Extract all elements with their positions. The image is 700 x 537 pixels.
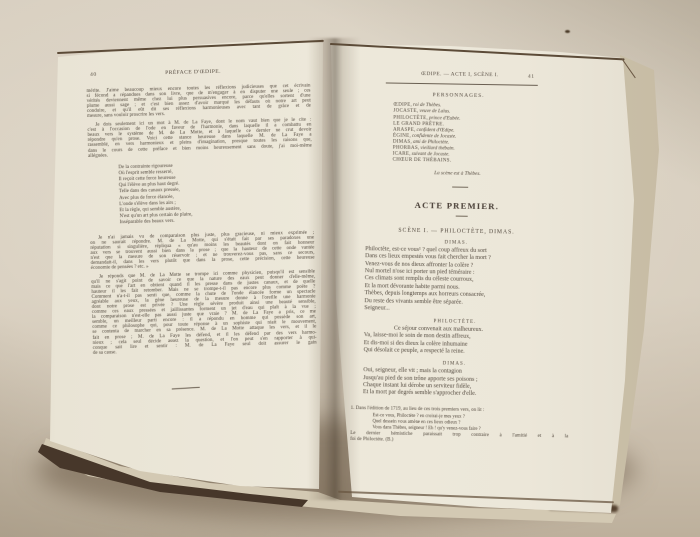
cast-member-name: CHŒUR DE THÉBAINS. — [393, 158, 452, 164]
quoted-stanza-la-faye: De la contrainte rigoureuseOù l'esprit s… — [118, 160, 313, 227]
cast-member-description: , suivant de Jocaste. — [409, 152, 449, 158]
scene-location-note: La scène est à Thèbes. — [354, 169, 594, 179]
personnages-heading: PERSONNAGES. — [356, 91, 596, 101]
cast-member-name: JOCASTE — [393, 109, 417, 114]
cast-member-description: , vieillard thébain. — [418, 146, 455, 152]
cast-member-description: , roi de Thèbes. — [410, 103, 441, 108]
cast-member-name: ŒDIPE — [393, 103, 410, 108]
running-head-rule — [386, 82, 538, 85]
page-edge-nick — [565, 30, 570, 33]
right-folio-number: 41 — [528, 73, 535, 79]
cast-member-name: ÉGINE — [393, 133, 410, 138]
scene-heading: SCÈNE I. — PHILOCTÈTE, DIMAS. — [353, 227, 593, 237]
cast-member-name: DIMAS — [393, 140, 411, 145]
act-heading: ACTE PREMIER. — [354, 199, 594, 213]
left-folio-number: 40 — [90, 72, 97, 78]
cast-member-description: , veuve de Laïus. — [417, 109, 451, 115]
act-ornament — [456, 216, 468, 217]
preface-paragraph-1: mérite. J'aime beaucoup mieux encore tou… — [86, 84, 311, 120]
cast-member-name: PHILOCTÈTE — [393, 115, 426, 121]
left-page-text: 40 PRÉFACE D'ŒDIPE. mérite. J'aime beauc… — [86, 67, 318, 391]
preface-paragraph-2: Je dois seulement ici un mot à M. de La … — [87, 118, 312, 159]
speech-dimas-2: Oui, seigneur, elle vit ; mais la contag… — [363, 367, 591, 400]
book-photo: 40 PRÉFACE D'ŒDIPE. mérite. J'aime beauc… — [0, 0, 700, 537]
cast-member-name: ICARE — [393, 152, 410, 157]
cast-list: ŒDIPE, roi de Thèbes.JOCASTE, veuve de L… — [393, 103, 596, 167]
right-running-title: ŒDIPE. — ACTE I, SCÈNE I. — [380, 70, 540, 79]
footnote-block: 1. Dans l'édition de 1719, au lieu de ce… — [350, 406, 591, 447]
divider-ornament — [452, 187, 468, 188]
preface-paragraph-4: Je réponds que M. de La Motte se trompe … — [91, 269, 317, 355]
footnote-variant-verses: Est-ce vous, Philoctète ? en croirai-je … — [372, 413, 590, 434]
speech-philoctete: Ce séjour convenait aux malheureux.Va, l… — [364, 325, 592, 358]
cast-member-description: , ami de Philoctète. — [410, 140, 449, 146]
cast-member-name: PHORBAS — [393, 146, 418, 151]
cast-member-name: LE GRAND PRÊTRE. — [393, 121, 444, 127]
cast-member-name: ARASPE — [393, 127, 414, 132]
preface-paragraph-3: Je n'ai jamais vu de comparaison plus ju… — [90, 230, 315, 271]
cast-member-description: , prince d'Eubée. — [426, 116, 460, 122]
cast-member-description: , confidente de Jocaste. — [409, 134, 456, 140]
cast-member-description: , confident d'Œdipe. — [414, 128, 455, 134]
right-page-text: ŒDIPE. — ACTE I, SCÈNE I. 41 PERSONNAGES… — [350, 70, 596, 447]
speech-dimas-1: Philoctète, est-ce vous¹ ? quel coup aff… — [364, 246, 593, 316]
